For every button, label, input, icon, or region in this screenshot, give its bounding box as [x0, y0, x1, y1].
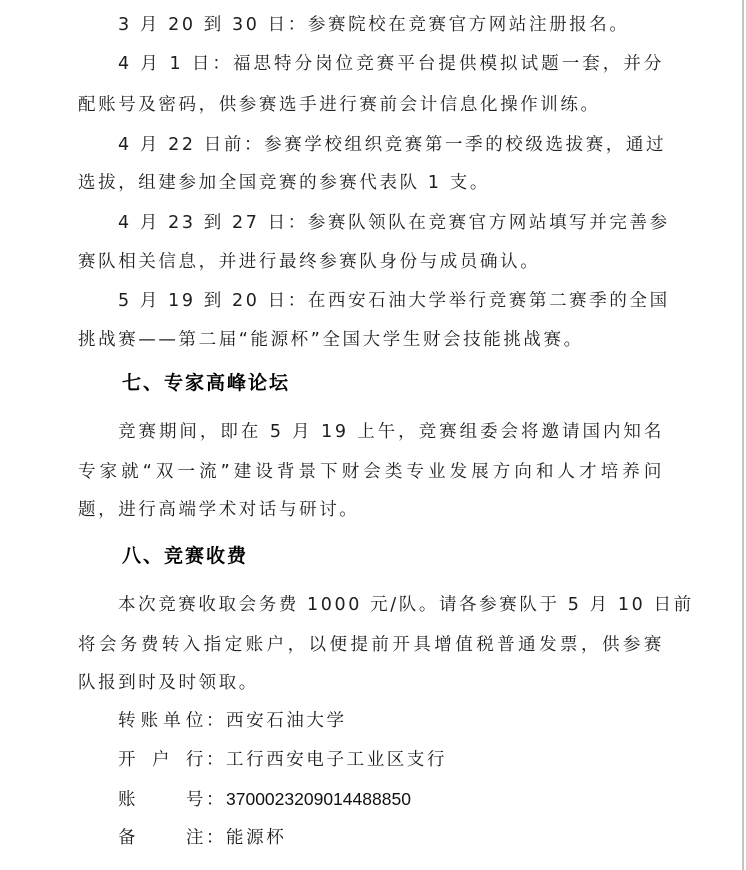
account-remark-value: 能源杯 [226, 828, 286, 848]
account-bank-value: 工行西安电子工业区支行 [226, 750, 447, 770]
account-payee-row: 转账单位：西安石油大学 [118, 709, 347, 733]
schedule-item-school-selection-line1: 4 月 22 日前：参赛学校组织竞赛第一季的校级选拔赛，通过 [118, 133, 664, 157]
account-payee-value: 西安石油大学 [226, 711, 347, 731]
expert-forum-text-line2: 专家就“双一流”建设背景下财会类专业发展方向和人才培养问 [78, 460, 664, 484]
schedule-item-school-selection-line2: 选拔，组建参加全国竞赛的参赛代表队 1 支。 [78, 171, 664, 195]
account-remark-label: 备注 [118, 826, 206, 850]
account-bank-label: 开户行 [118, 748, 206, 772]
colon: ： [206, 709, 226, 733]
account-remark-row: 备注：能源杯 [118, 826, 286, 850]
colon: ： [206, 826, 226, 850]
schedule-item-team-info-line2: 赛队相关信息，并进行最终参赛队身份与成员确认。 [78, 250, 664, 274]
account-number-row: 账号：3700023209014488850 [118, 787, 411, 811]
fees-text-line2: 将会务费转入指定账户，以便提前开具增值税普通发票，供参赛 [78, 633, 664, 657]
schedule-item-national-challenge-line1: 5 月 19 到 20 日：在西安石油大学举行竞赛第二赛季的全国 [118, 289, 664, 313]
account-number-value: 3700023209014488850 [226, 789, 411, 809]
account-bank-row: 开户行：工行西安电子工业区支行 [118, 748, 447, 772]
expert-forum-text-line3: 题，进行高端学术对话与研讨。 [78, 498, 664, 522]
colon: ： [206, 788, 226, 812]
schedule-item-team-info-line1: 4 月 23 到 27 日：参赛队领队在竞赛官方网站填写并完善参 [118, 211, 664, 235]
schedule-item-mock-exam-line2: 配账号及密码，供参赛选手进行赛前会计信息化操作训练。 [78, 93, 664, 117]
account-payee-label: 转账单位 [118, 709, 206, 733]
page-edge-divider [742, 0, 744, 870]
schedule-item-mock-exam-line1: 4 月 1 日：福思特分岗位竞赛平台提供模拟试题一套，并分 [118, 52, 664, 76]
section-heading-fees: 八、竞赛收费 [122, 542, 248, 570]
colon: ： [206, 748, 226, 772]
schedule-item-registration: 3 月 20 到 30 日：参赛院校在竞赛官方网站注册报名。 [118, 13, 664, 37]
document-page: 3 月 20 到 30 日：参赛院校在竞赛官方网站注册报名。 4 月 1 日：福… [0, 0, 742, 870]
fees-text-line3: 队报到时及时领取。 [78, 671, 664, 695]
schedule-item-national-challenge-line2: 挑战赛——第二届“能源杯”全国大学生财会技能挑战赛。 [78, 328, 664, 352]
account-number-label: 账号 [118, 788, 206, 812]
fees-text-line1: 本次竞赛收取会务费 1000 元/队。请各参赛队于 5 月 10 日前 [118, 593, 664, 617]
expert-forum-text-line1: 竞赛期间，即在 5 月 19 上午，竞赛组委会将邀请国内知名 [118, 420, 664, 444]
section-heading-expert-forum: 七、专家高峰论坛 [122, 369, 290, 397]
